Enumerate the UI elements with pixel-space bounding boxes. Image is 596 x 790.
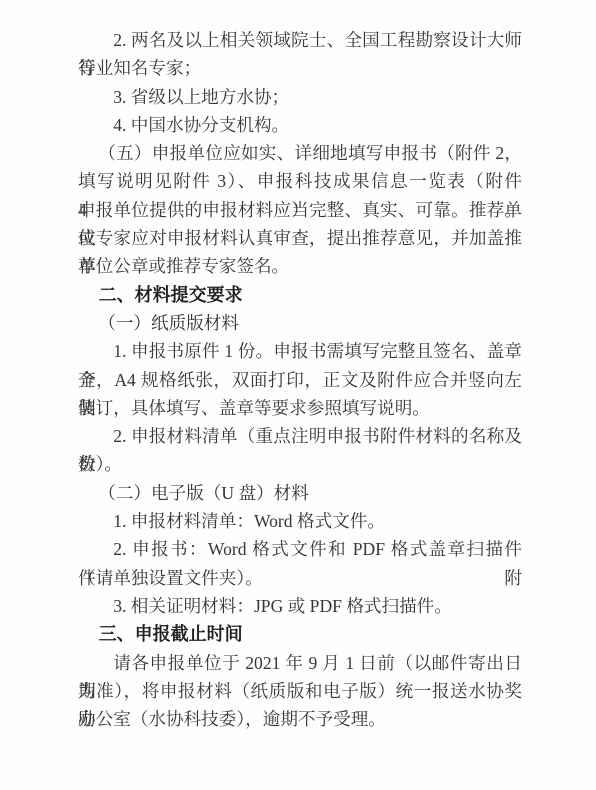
text-line: 申报单位提供的申报材料应当完整、真实、可靠。推荐单位 [78,196,522,224]
text-line: 3. 相关证明材料：JPG 或 PDF 格式扫描件。 [78,592,522,620]
text-line: 2. 申报材料清单（重点注明申报书附件材料的名称及份 [78,422,522,450]
text-line: 请各申报单位于 2021 年 9 月 1 日前（以邮件寄出日期 [78,649,522,677]
document-page: 2. 两名及以上相关领域院士、全国工程勘察设计大师等行业知名专家；3. 省级以上… [0,0,596,790]
text-line: 单位公章或推荐专家签名。 [78,252,522,280]
section-heading: 二、材料提交要求 [78,281,522,309]
text-line: 数）。 [78,450,522,478]
text-line: 为准），将申报材料（纸质版和电子版）统一报送水协奖励 [78,677,522,705]
text-line: 2. 两名及以上相关领域院士、全国工程勘察设计大师等 [78,26,522,54]
text-line: 填写说明见附件 3）、申报科技成果信息一览表（附件 4）。 [78,167,522,195]
sub-section-heading: （二）电子版（U 盘）材料 [78,479,522,507]
text-line: 1. 申报书原件 1 份。申报书需填写完整且签名、盖章齐 [78,337,522,365]
text-line: 办公室（水协科技委），逾期不予受理。 [78,705,522,733]
text-line: 行业知名专家； [78,54,522,82]
text-line: 全，A4 规格纸张，双面打印，正文及附件应合并竖向左侧 [78,366,522,394]
section-heading: 三、申报截止时间 [78,620,522,648]
text-line: 装订，具体填写、盖章等要求参照填写说明。 [78,394,522,422]
sub-section-heading: （一）纸质版材料 [78,309,522,337]
text-line: （五）申报单位应如实、详细地填写申报书（附件 2， [78,139,522,167]
text-line: 3. 省级以上地方水协； [78,83,522,111]
text-line: 2. 申报书：Word 格式文件和 PDF 格式盖章扫描件（附 [78,535,522,563]
text-line: 或专家应对申报材料认真审查，提出推荐意见，并加盖推荐 [78,224,522,252]
text-line: 1. 申报材料清单：Word 格式文件。 [78,507,522,535]
text-line: 4. 中国水协分支机构。 [78,111,522,139]
